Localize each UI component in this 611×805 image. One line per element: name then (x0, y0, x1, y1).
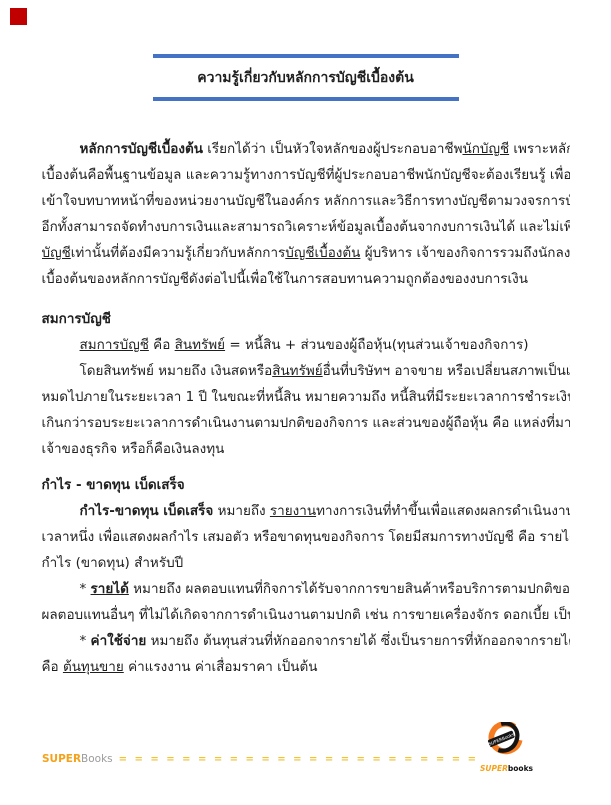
text-run: เกินกว่ารอบระยะเวลาการดำเนินงานตามปกติขอ… (42, 415, 570, 431)
text-line: กำไร-ขาดทุน เบ็ดเสร็จ หมายถึง รายงานทางก… (42, 498, 570, 524)
text-run: หมายถึง ผลตอบแทนที่กิจการได้รับจากการขาย… (129, 581, 570, 597)
title-box: ความรู้เกี่ยวกับหลักการบัญชีเบื้องต้น (153, 54, 459, 101)
text-line: หลักการบัญชีเบื้องต้น เรียกได้ว่า เป็นหั… (42, 136, 570, 162)
superbooks-emblem-icon: SUPERBooks (485, 722, 523, 760)
text-run: กำไร (ขาดทุน) สำหรับปี (42, 555, 184, 571)
text-run: ค่าแรงงาน ค่าเสื่อมราคา เป็นต้น (124, 659, 318, 675)
text-run: เจ้าของธุรกิจ หรือก็คือเงินลงทุน (42, 441, 225, 457)
footer-brand-super: SUPER (42, 753, 81, 765)
text-run: หลักการบัญชีเบื้องต้น (80, 141, 203, 157)
text-line: เจ้าของธุรกิจ หรือก็คือเงินลงทุน (42, 436, 570, 462)
text-run: ทางการเงินที่ทำขึ้นเพื่อแสดงผลกรดำเนินงา… (316, 503, 569, 519)
logo-text-books: books (508, 764, 533, 773)
text-line: กำไร (ขาดทุน) สำหรับปี (42, 550, 570, 576)
footer-brand-books: Books (81, 753, 113, 765)
text-run: สินทรัพย์ (175, 337, 225, 353)
text-run: คือ (149, 337, 175, 353)
text-run: เรียกได้ว่า เป็นหัวใจหลักของผู้ประกอบอาช… (203, 141, 463, 157)
text-run: รายงาน (270, 503, 316, 519)
text-run: บัญชีเบื้องต้น (285, 245, 360, 261)
text-run: อีกทั้งสามารถจัดทำงบการเงินและสามารถวิเค… (42, 219, 570, 235)
equation-explanation-paragraph: โดยสินทรัพย์ หมายถึง เงินสดหรือสินทรัพย์… (42, 358, 570, 462)
text-line: คือ ต้นทุนขาย ค่าแรงงาน ค่าเสื่อมราคา เป… (42, 654, 570, 680)
profit-loss-paragraph: กำไร-ขาดทุน เบ็ดเสร็จ หมายถึง รายงานทางก… (42, 498, 570, 576)
text-line: เบื้องต้นของหลักการบัญชีดังต่อไปนี้เพื่อ… (42, 266, 570, 292)
footer-logo: SUPERBooks SUPERbooks (480, 722, 528, 773)
text-line: หมดไปภายในระยะเวลา 1 ปี ในขณะที่หนี้สิน … (42, 384, 570, 410)
text-line: ผลตอบแทนอื่นๆ ที่ไม่ได้เกิดจากการดำเนินง… (42, 602, 570, 628)
section-heading-accounting-equation: สมการบัญชี (42, 306, 570, 332)
text-run: ผู้บริหาร เจ้าของกิจการรวมถึงนักลงทุน ก็… (360, 245, 569, 261)
text-line: โดยสินทรัพย์ หมายถึง เงินสดหรือสินทรัพย์… (42, 358, 570, 384)
text-run: = หนี้สิน + ส่วนของผู้ถือหุ้น(ทุนส่วนเจ้… (225, 337, 529, 353)
revenue-paragraph: * รายได้ หมายถึง ผลตอบแทนที่กิจการได้รับ… (42, 576, 570, 628)
text-run: คือ (42, 659, 63, 675)
text-run: เบื้องต้นคือพื้นฐานข้อมูล และความรู้ทางก… (42, 167, 570, 183)
text-run: เพราะหลักการบัญชี (509, 141, 569, 157)
text-run: ผลตอบแทนอื่นๆ ที่ไม่ได้เกิดจากการดำเนินง… (42, 607, 570, 623)
text-run: บัญชี (42, 245, 71, 261)
text-run: อื่นที่บริษัทฯ อาจขาย หรือเปลี่ยนสภาพเป็… (323, 363, 570, 379)
intro-paragraph: หลักการบัญชีเบื้องต้น เรียกได้ว่า เป็นหั… (42, 136, 570, 292)
red-marker-square (10, 8, 27, 25)
text-line: เกินกว่ารอบระยะเวลาการดำเนินงานตามปกติขอ… (42, 410, 570, 436)
text-line: สมการบัญชี คือ สินทรัพย์ = หนี้สิน + ส่ว… (42, 332, 570, 358)
footer-divider-line: = = = = = = = = = = = = = = = = = = = = … (119, 754, 482, 765)
text-run: กำไร-ขาดทุน เบ็ดเสร็จ (80, 503, 214, 519)
text-line: บัญชีเท่านั้นที่ต้องมีความรู้เกี่ยวกับหล… (42, 240, 570, 266)
text-run: รายได้ (91, 581, 129, 597)
text-run: หมายถึง (213, 503, 270, 519)
text-run: เข้าใจบทบาทหน้าที่ของหน่วยงานบัญชีในองค์… (42, 193, 570, 209)
text-run: โดยสินทรัพย์ หมายถึง เงินสดหรือ (80, 363, 273, 379)
text-run: ต้นทุนขาย (63, 659, 124, 675)
text-run: เวลาหนึ่ง เพื่อแสดงผลกำไร เสมอตัว หรือขา… (42, 529, 570, 545)
text-run: เท่านั้นที่ต้องมีความรู้เกี่ยวกับหลักการ (71, 245, 286, 261)
text-run: สมการบัญชี (80, 337, 149, 353)
text-run: * (80, 581, 91, 597)
text-run: หมดไปภายในระยะเวลา 1 ปี ในขณะที่หนี้สิน … (42, 389, 570, 405)
text-run: เบื้องต้นของหลักการบัญชีดังต่อไปนี้เพื่อ… (42, 271, 528, 287)
section-heading-profit-loss: กำไร - ขาดทุน เบ็ดเสร็จ (42, 472, 570, 498)
document-page: ความรู้เกี่ยวกับหลักการบัญชีเบื้องต้น หล… (0, 0, 611, 805)
document-content: หลักการบัญชีเบื้องต้น เรียกได้ว่า เป็นหั… (42, 136, 570, 680)
text-line: เบื้องต้นคือพื้นฐานข้อมูล และความรู้ทางก… (42, 162, 570, 188)
text-line: * ค่าใช้จ่าย หมายถึง ต้นทุนส่วนที่หักออก… (42, 628, 570, 654)
footer-logo-text: SUPERbooks (480, 764, 528, 773)
footer-brand-left: SUPERBooks (42, 753, 113, 765)
text-line: อีกทั้งสามารถจัดทำงบการเงินและสามารถวิเค… (42, 214, 570, 240)
text-run: หมายถึง ต้นทุนส่วนที่หักออกจากรายได้ ซึ่… (146, 633, 569, 649)
text-line: เวลาหนึ่ง เพื่อแสดงผลกำไร เสมอตัว หรือขา… (42, 524, 570, 550)
text-run: * (80, 633, 91, 649)
expense-paragraph: * ค่าใช้จ่าย หมายถึง ต้นทุนส่วนที่หักออก… (42, 628, 570, 680)
page-title: ความรู้เกี่ยวกับหลักการบัญชีเบื้องต้น (197, 70, 414, 86)
logo-text-super: SUPER (480, 764, 508, 773)
text-run: สินทรัพย์ (272, 363, 322, 379)
text-run: นักบัญชี (462, 141, 509, 157)
text-line: * รายได้ หมายถึง ผลตอบแทนที่กิจการได้รับ… (42, 576, 570, 602)
footer: SUPERBooks = = = = = = = = = = = = = = =… (42, 753, 482, 765)
text-line: เข้าใจบทบาทหน้าที่ของหน่วยงานบัญชีในองค์… (42, 188, 570, 214)
text-run: ค่าใช้จ่าย (91, 633, 147, 649)
equation-paragraph: สมการบัญชี คือ สินทรัพย์ = หนี้สิน + ส่ว… (42, 332, 570, 358)
